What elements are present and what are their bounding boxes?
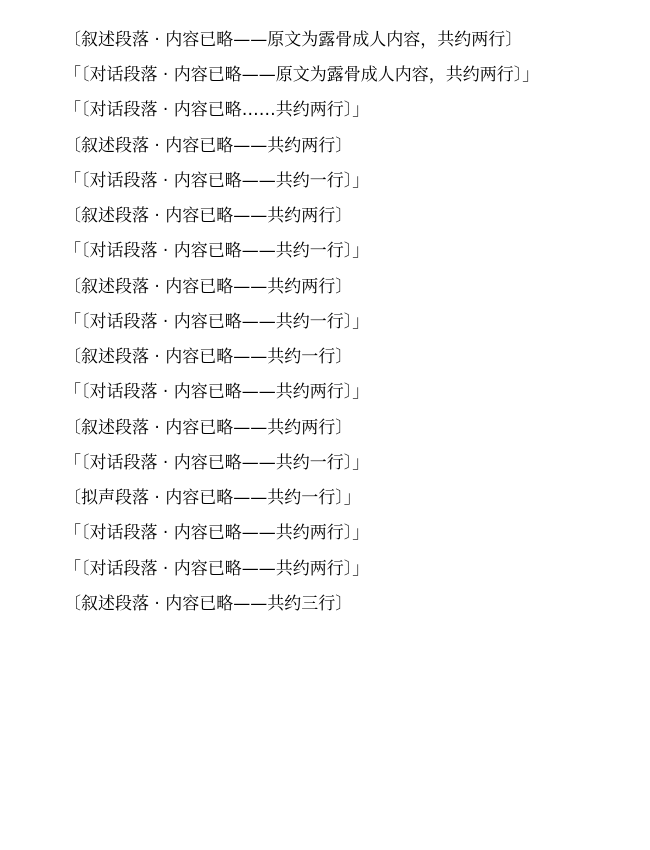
- paragraph-sfx: 〔拟声段落 · 内容已略——共约一行〕」: [30, 484, 620, 513]
- document-page: 〔叙述段落 · 内容已略——原文为露骨成人内容，共约两行〕「〔对话段落 · 内容…: [0, 0, 650, 850]
- paragraph-dialogue: 「〔对话段落 · 内容已略——共约一行〕」: [30, 167, 620, 196]
- paragraph-narration: 〔叙述段落 · 内容已略——共约两行〕: [30, 132, 620, 161]
- paragraph-narration: 〔叙述段落 · 内容已略——共约两行〕: [30, 414, 620, 443]
- paragraph-dialogue: 「〔对话段落 · 内容已略——共约一行〕」: [30, 237, 620, 266]
- paragraph-dialogue: 「〔对话段落 · 内容已略……共约两行〕」: [30, 96, 620, 125]
- paragraph-narration: 〔叙述段落 · 内容已略——共约两行〕: [30, 202, 620, 231]
- paragraph-narration: 〔叙述段落 · 内容已略——原文为露骨成人内容，共约两行〕: [30, 26, 620, 55]
- paragraph-dialogue: 「〔对话段落 · 内容已略——共约两行〕」: [30, 519, 620, 548]
- paragraph-dialogue: 「〔对话段落 · 内容已略——共约两行〕」: [30, 555, 620, 584]
- paragraph-narration: 〔叙述段落 · 内容已略——共约三行〕: [30, 590, 620, 619]
- paragraph-dialogue: 「〔对话段落 · 内容已略——共约两行〕」: [30, 378, 620, 407]
- paragraph-dialogue: 「〔对话段落 · 内容已略——共约一行〕」: [30, 449, 620, 478]
- paragraph-dialogue: 「〔对话段落 · 内容已略——共约一行〕」: [30, 308, 620, 337]
- paragraph-container: 〔叙述段落 · 内容已略——原文为露骨成人内容，共约两行〕「〔对话段落 · 内容…: [30, 26, 620, 619]
- paragraph-narration: 〔叙述段落 · 内容已略——共约两行〕: [30, 273, 620, 302]
- paragraph-narration: 〔叙述段落 · 内容已略——共约一行〕: [30, 343, 620, 372]
- paragraph-dialogue: 「〔对话段落 · 内容已略——原文为露骨成人内容，共约两行〕」: [30, 61, 620, 90]
